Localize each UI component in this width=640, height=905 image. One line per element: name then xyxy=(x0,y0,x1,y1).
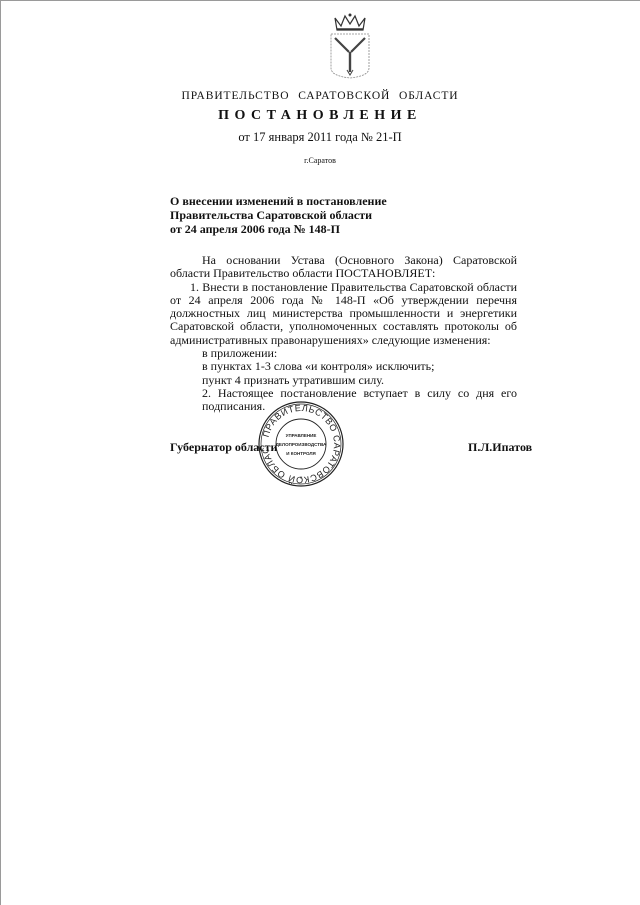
stamp-inner-line: И КОНТРОЛЯ xyxy=(286,451,315,456)
document-date-number: от 17 января 2011 года № 21-П xyxy=(0,130,640,145)
svg-text:*: * xyxy=(300,476,303,483)
document-subject: О внесении изменений в постановление Пра… xyxy=(170,194,470,236)
subitem: в пунктах 1-3 слова «и контроля» исключи… xyxy=(170,360,517,373)
subject-line: О внесении изменений в постановление xyxy=(170,194,470,208)
signatory-name: П.Л.Ипатов xyxy=(468,440,532,455)
item-1-paragraph: 1. Внести в постановление Правительства … xyxy=(170,281,517,347)
preamble-paragraph: На основании Устава (Основного Закона) С… xyxy=(170,254,517,281)
stamp-inner-line: ДЕЛОПРОИЗВОДСТВА xyxy=(276,442,327,447)
subitem: в приложении: xyxy=(170,347,517,360)
subitem: пункт 4 признать утратившим силу. xyxy=(170,374,517,387)
document-city: г.Саратов xyxy=(0,156,640,165)
coat-of-arms-icon xyxy=(325,12,375,80)
stamp-inner-line: УПРАВЛЕНИЕ xyxy=(286,433,317,438)
subject-line: от 24 апреля 2006 года № 148-П xyxy=(170,222,470,236)
document-type: ПОСТАНОВЛЕНИЕ xyxy=(0,108,640,124)
government-name: ПРАВИТЕЛЬСТВО САРАТОВСКОЙ ОБЛАСТИ xyxy=(0,90,640,102)
subject-line: Правительства Саратовской области xyxy=(170,208,470,222)
official-stamp-icon: ПРАВИТЕЛЬСТВО САРАТОВСКОЙ ОБЛАСТИ УПРАВЛ… xyxy=(258,401,344,487)
document-body: На основании Устава (Основного Закона) С… xyxy=(170,254,517,414)
page-border-top xyxy=(0,0,640,1)
